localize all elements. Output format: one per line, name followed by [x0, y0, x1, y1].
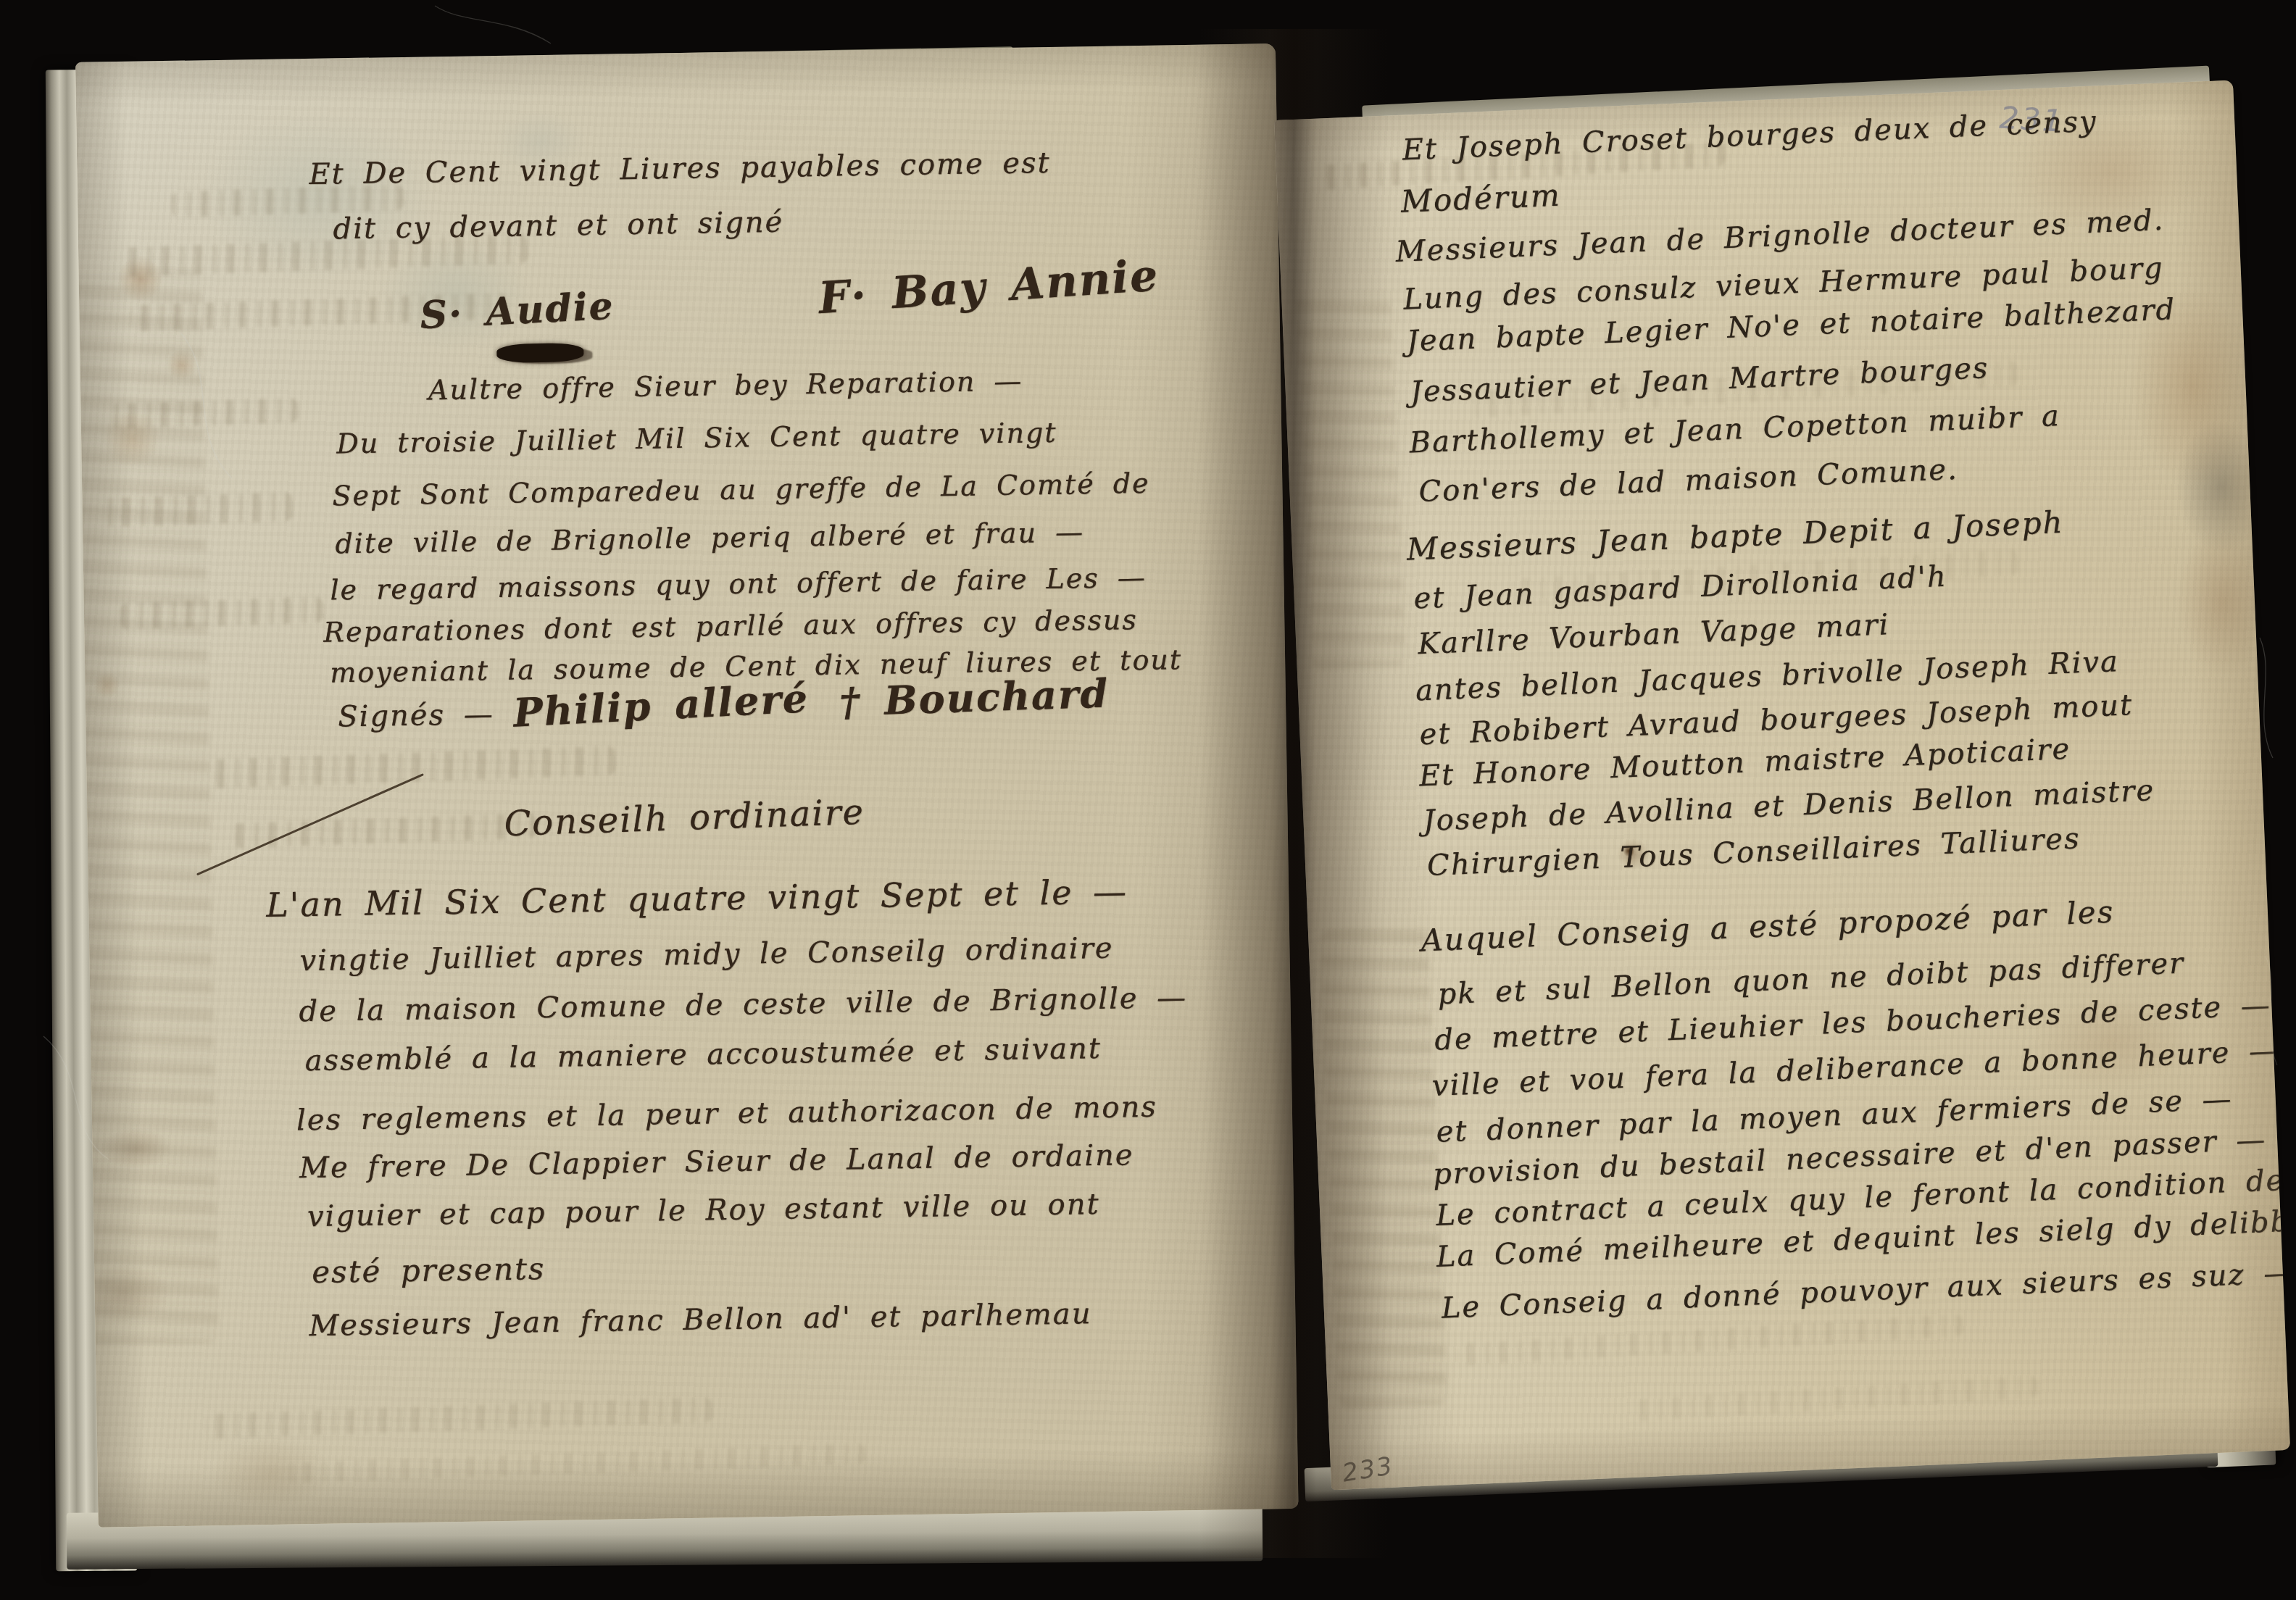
- manuscript-line: Modérum: [1400, 178, 1562, 220]
- manuscript-line: Auquel Conseig a esté propozé par les: [1421, 893, 2116, 958]
- manuscript-line: Du troisie Juilliet Mil Six Cent quatre …: [336, 417, 1057, 460]
- manuscript-line: Karllre Vourban Vapge mari: [1418, 608, 1891, 661]
- manuscript-line: les reglemens et la peur et authorizacon…: [296, 1091, 1158, 1138]
- signature-audie: S· Audie: [419, 284, 615, 338]
- manuscript-line: Messieurs Jean franc Bellon ad' et parlh…: [309, 1297, 1092, 1343]
- bleedthrough: [109, 398, 299, 429]
- pen-stroke: [196, 773, 424, 875]
- manuscript-line: esté presents: [312, 1251, 546, 1290]
- manuscript-line: Reparationes dont est parllé aux offres …: [323, 604, 1138, 649]
- manuscript-line: le regard maissons quy ont offert de fai…: [330, 562, 1147, 607]
- manuscript-line: Jessautier et Jean Martre bourges: [1410, 351, 1989, 409]
- bleedthrough-margin: [1296, 290, 1406, 670]
- right-page: 231 Et Joseph Croset bourges deux de cen…: [1274, 80, 2290, 1491]
- bleedthrough-margin: [75, 270, 219, 1345]
- manuscript-line: assemblé a la maniere accoustumée et sui…: [304, 1032, 1102, 1078]
- manuscript-line: Con'ers de lad maison Comune.: [1418, 453, 1959, 509]
- manuscript-line: vingtie Juilliet apres midy le Conseilg …: [299, 932, 1114, 978]
- manuscript-line: Barthollemy et Jean Copetton muibr a: [1409, 399, 2061, 460]
- bleedthrough-margin: [1319, 926, 1448, 1409]
- manuscript-line: Et Joseph Croset bourges deux de censy: [1402, 104, 2098, 167]
- ink-blot: [496, 343, 583, 363]
- manuscript-line: Sept Sont Comparedeu au greffe de La Com…: [332, 467, 1150, 512]
- signature-bay-annie: F· Bay Annie: [817, 250, 1160, 324]
- bleedthrough: [1632, 1376, 2039, 1422]
- manuscript-line: L'an Mil Six Cent quatre vingt Sept et l…: [266, 872, 1128, 925]
- manuscript-photo: { "document": { "kind": "bound manuscrip…: [0, 0, 2296, 1600]
- bleedthrough: [286, 1443, 865, 1483]
- manuscript-line: et Jean gaspard Dirollonia ad'h: [1413, 560, 1948, 616]
- folio-number-bottom: 233: [1340, 1451, 1395, 1488]
- signature-bouchard: † Bouchard: [839, 670, 1110, 725]
- manuscript-line: de la maison Comune de ceste ville de Br…: [299, 981, 1187, 1028]
- bleedthrough: [232, 813, 537, 848]
- manuscript-line: Me frere De Clappier Sieur de Lanal de o…: [299, 1138, 1134, 1185]
- signed-prefix: Signés —: [338, 698, 494, 733]
- bleedthrough: [120, 596, 323, 629]
- bleedthrough: [1456, 1314, 1964, 1366]
- bleedthrough: [205, 1397, 713, 1438]
- manuscript-line: dit cy devant et ont signé: [333, 206, 783, 246]
- manuscript-line: dite ville de Brignolle periq alberé et …: [335, 516, 1084, 559]
- manuscript-line: Messieurs Jean bapte Depit a Joseph: [1406, 504, 2065, 567]
- bleedthrough: [209, 746, 616, 789]
- manuscript-line: Et De Cent vingt Liures payables come es…: [309, 146, 1051, 191]
- manuscript-line: viguier et cap pour le Roy estant ville …: [307, 1188, 1100, 1233]
- council-heading: Conseilh ordinaire: [504, 792, 865, 844]
- bleedthrough: [104, 492, 293, 528]
- left-page: Et De Cent vingt Liures payables come es…: [75, 43, 1299, 1528]
- manuscript-line: Aultre offre Sieur bey Reparation —: [428, 365, 1023, 407]
